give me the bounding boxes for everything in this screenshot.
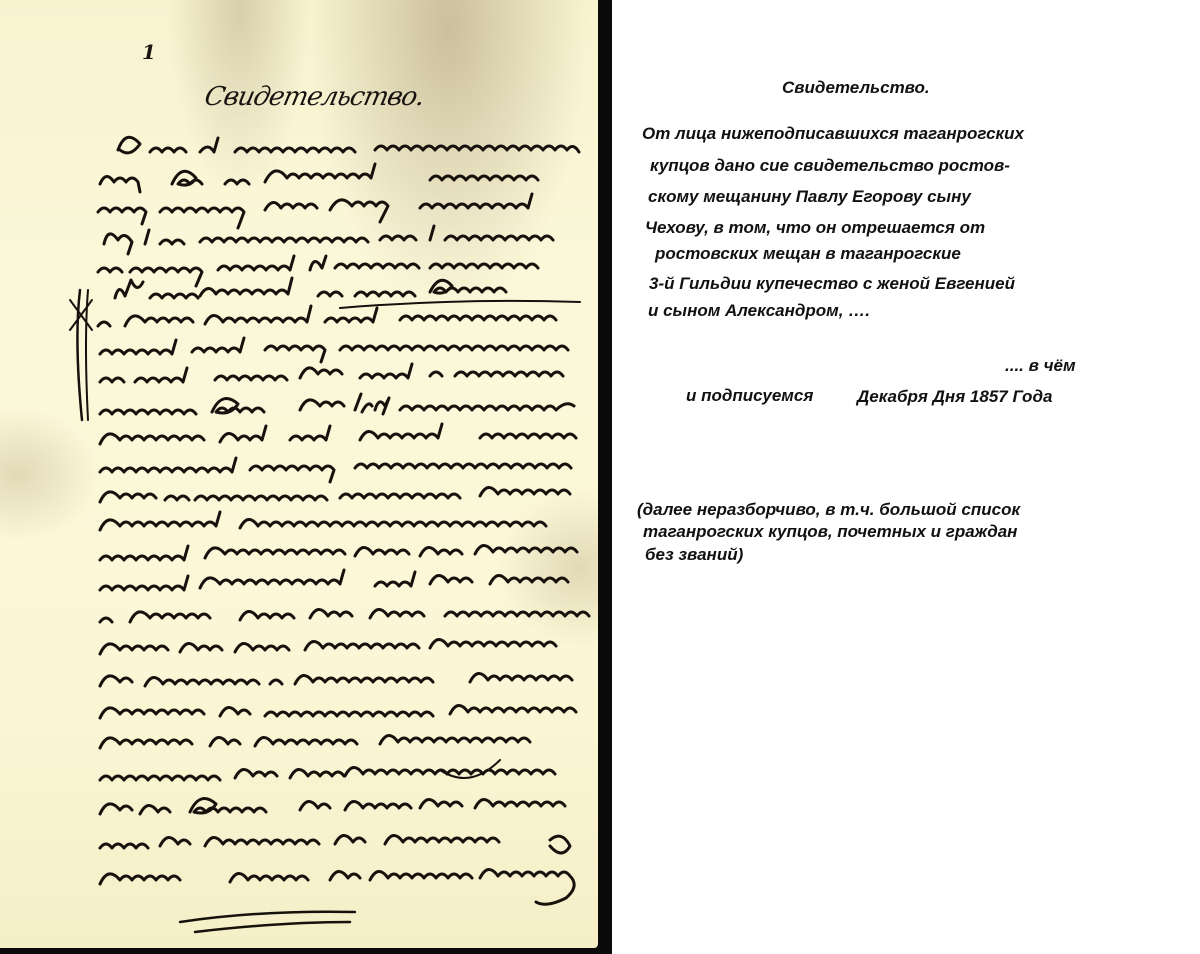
note-line-3: без званий)	[645, 545, 743, 565]
transcription-line-1: От лица нижеподписавшихся таганрогских	[642, 124, 1024, 144]
transcription-line-3: скому мещанину Павлу Егорову сыну	[648, 187, 971, 207]
transcription-line-2: купцов дано сие свидетельство ростов-	[650, 156, 1010, 176]
transcription-panel: Свидетельство. От лица нижеподписавшихся…	[612, 0, 1200, 954]
manuscript-scan: 1 Свидетельство.	[0, 0, 612, 954]
closing-ellipsis-line: .... в чём	[1005, 356, 1076, 376]
transcription-line-7: и сыном Александром, ….	[648, 301, 870, 321]
transcription-title: Свидетельство.	[782, 78, 930, 98]
manuscript-paper: 1 Свидетельство.	[0, 0, 598, 948]
closing-signature-phrase: и подписуемся	[686, 386, 813, 406]
document-page: 1 Свидетельство.	[0, 0, 1200, 954]
transcription-line-4: Чехову, в том, что он отрешается от	[645, 218, 985, 238]
note-line-2: таганрогских купцов, почетных и граждан	[643, 522, 1017, 542]
handwriting-strokes	[0, 0, 598, 948]
transcription-line-6: 3-й Гильдии купечество с женой Евгенией	[649, 274, 1015, 294]
note-line-1: (далее неразборчиво, в т.ч. большой спис…	[637, 500, 1020, 520]
closing-date: Декабря Дня 1857 Года	[857, 387, 1052, 407]
transcription-line-5: ростовских мещан в таганрогские	[655, 244, 961, 264]
